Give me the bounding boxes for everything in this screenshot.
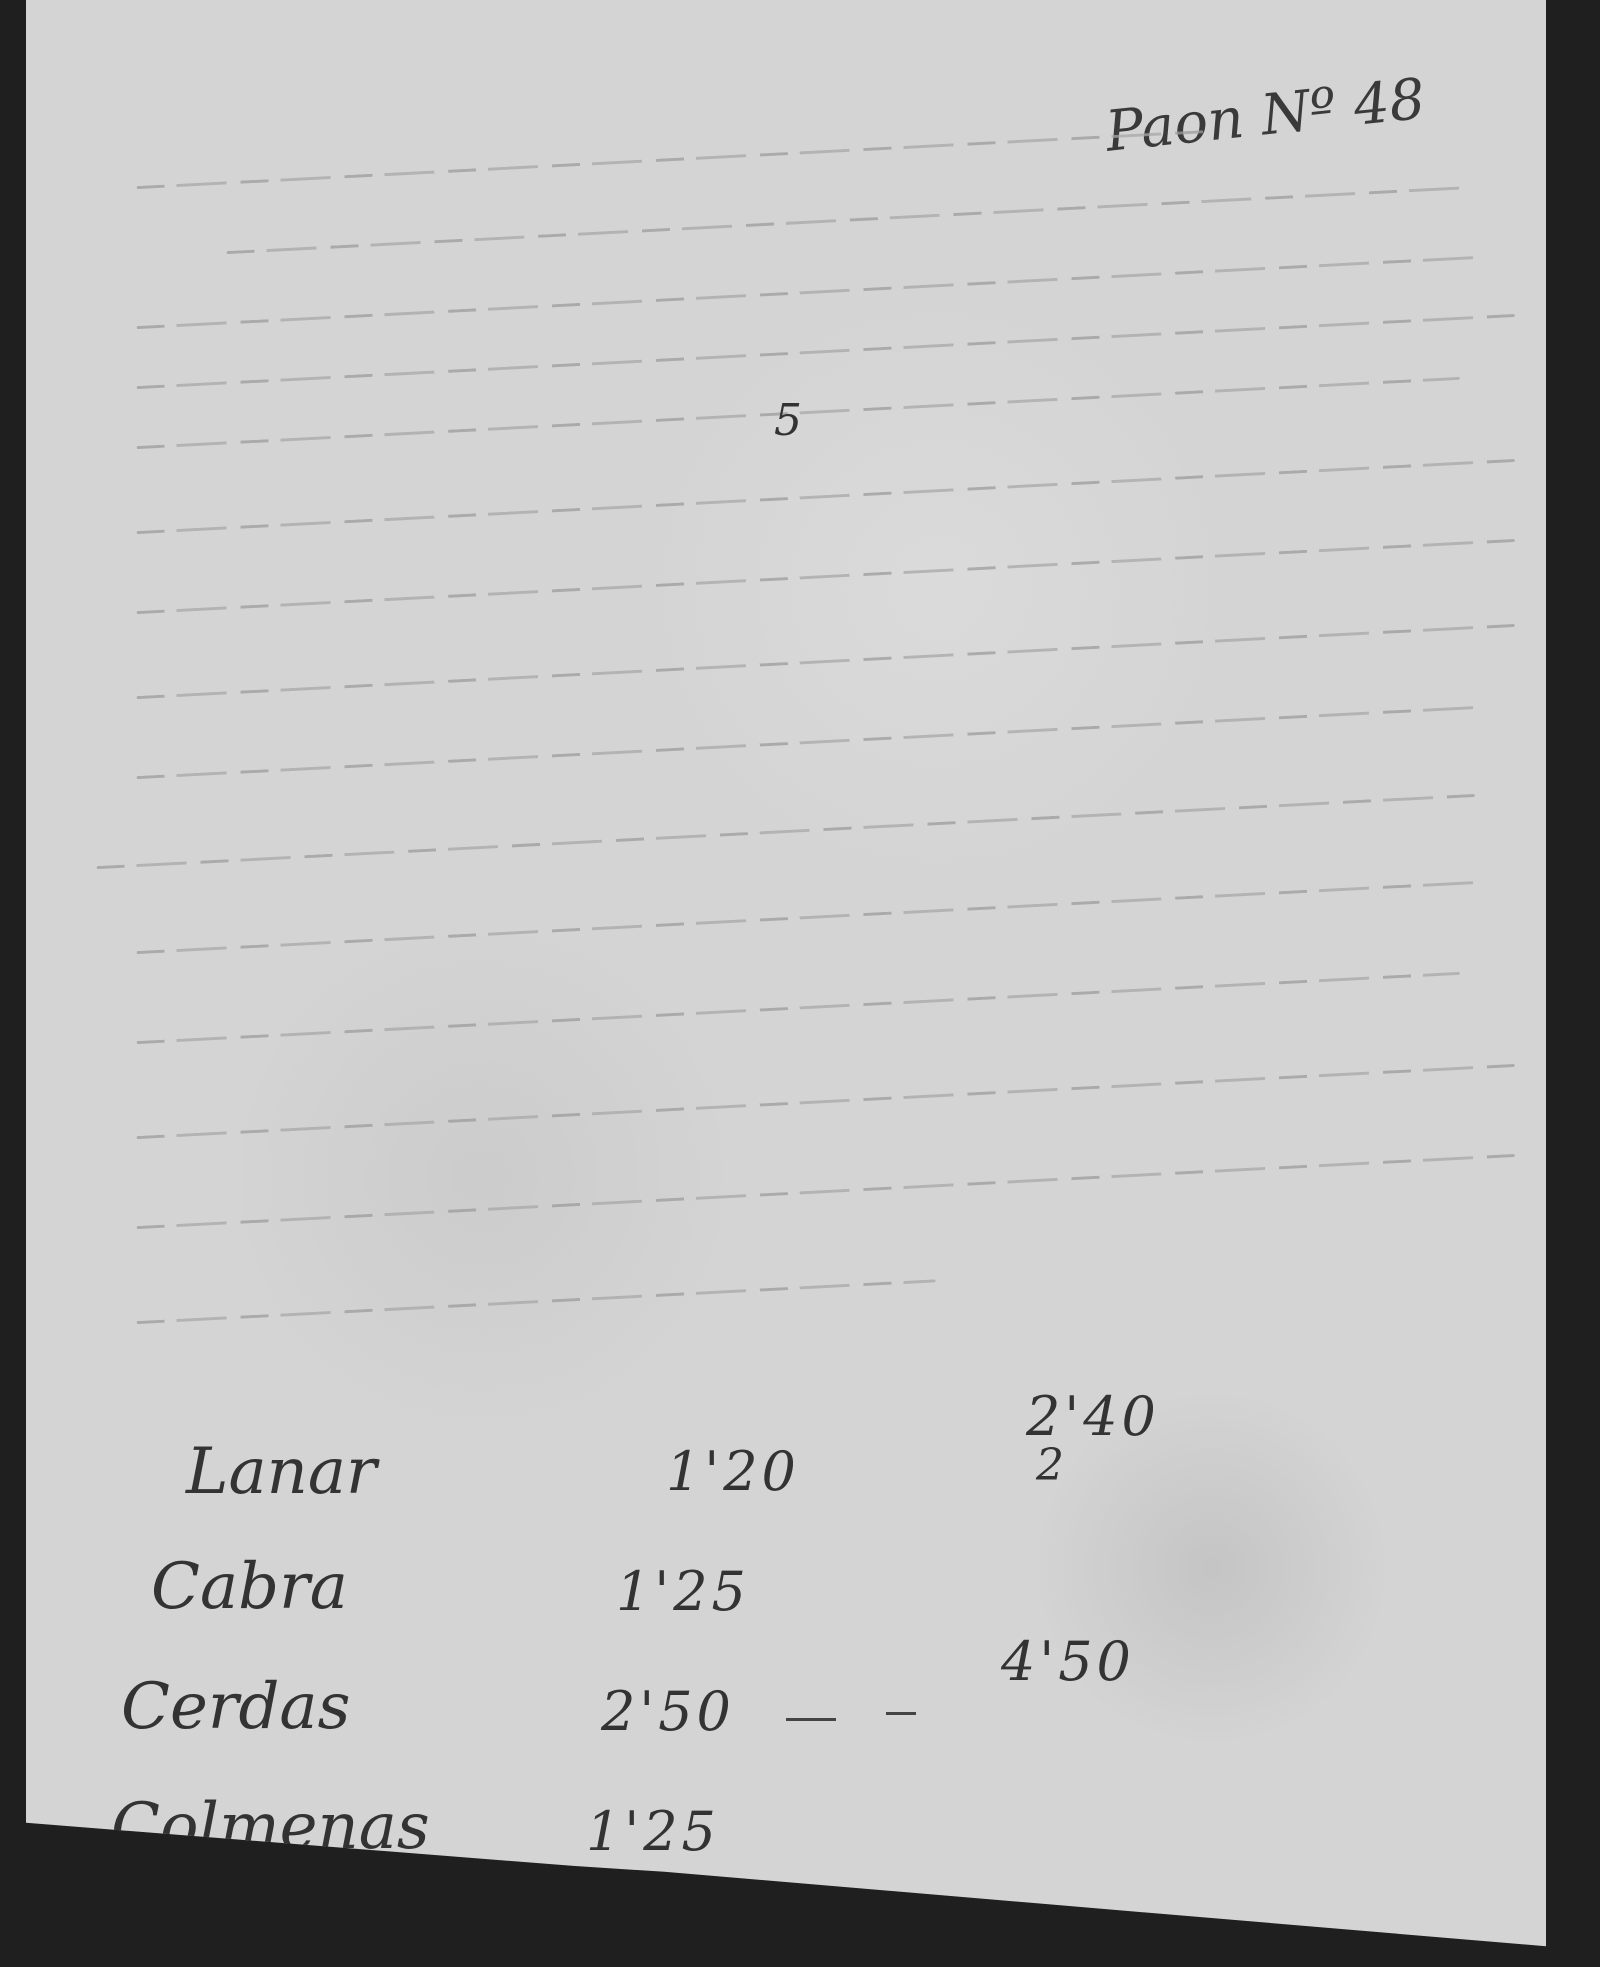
body-line <box>137 114 1516 200</box>
side-value-3: 4'50 <box>1001 1630 1135 1693</box>
body-line <box>137 879 1516 965</box>
body-line <box>137 1154 1516 1240</box>
side-value-1: 2'40 <box>1026 1385 1160 1448</box>
body-line <box>137 1249 1516 1335</box>
scanned-paper-sheet: Paon Nº 48 5 Lanar 1'20 Cabra 1'25 Cerda… <box>26 0 1546 1960</box>
row-label-cabra: Cabra <box>151 1550 348 1624</box>
dash-mark <box>886 1712 916 1715</box>
body-line <box>137 539 1516 625</box>
row-label-lanar: Lanar <box>186 1435 377 1509</box>
row-value-colmenas: 1'25 <box>586 1800 720 1863</box>
document-heading: Paon Nº 48 <box>1103 67 1429 165</box>
dash-mark <box>786 1718 836 1721</box>
row-label-colmenas: Colmenas <box>111 1790 430 1864</box>
body-line <box>227 179 1600 265</box>
side-value-2: 2 <box>1036 1440 1068 1491</box>
body-line <box>137 1064 1516 1150</box>
row-value-cabra: 1'25 <box>616 1560 750 1623</box>
body-line <box>137 969 1516 1055</box>
row-label-cerdas: Cerdas <box>121 1670 350 1744</box>
body-line <box>137 624 1516 710</box>
body-line <box>97 794 1476 880</box>
row-value-cerdas: 2'50 <box>601 1680 735 1743</box>
row-value-lanar: 1'20 <box>666 1440 800 1503</box>
page-mark: 5 <box>774 395 802 446</box>
body-line <box>137 459 1516 545</box>
body-line <box>137 704 1516 790</box>
